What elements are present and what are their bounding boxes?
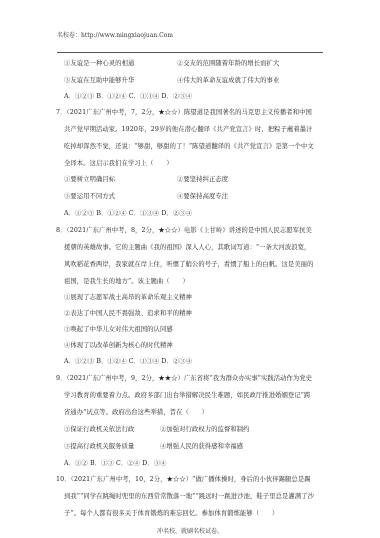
q8-option-2: ②表达了中国人民不畏强敌、追求和平的精神 xyxy=(64,310,192,318)
q9-option-3: ③提高行政机关服务质量 xyxy=(64,443,134,451)
page-footer-slogan: 冲名校，就刷名校试卷。 xyxy=(0,526,380,535)
q9-stem-line-2: 学习教育的重要着力点。政府多部门出台举措解决民生难题，如民政厅推进婚姻登记“跨 xyxy=(64,392,310,400)
q10-stem-line-3: 子”。每个人都有很多关于体育锻炼的难忘回忆。参加体育锻炼能够（ ） xyxy=(64,510,278,518)
q9-stem-line-1: 9．（2021广东广州中考，9，2分，★★☆）广东省将“我为群众办实事”实践活动… xyxy=(56,375,312,383)
q7-option-3: ③要运用不同方式 xyxy=(64,193,115,201)
q8-stem-line-1: 8．（2021广东广州中考，8，2分，★☆☆）电影《上甘岭》讲述的是中国人民志愿… xyxy=(56,227,312,235)
q8-stem-line-4: 祖国，是我生长的地方”。该主题曲（ ） xyxy=(64,278,189,286)
q6-choices: A．①②③ B．①②④ C．①③④ D．②③④ xyxy=(64,93,192,101)
q8-option-1: ①展现了志愿军战士高昂的革命乐观主义精神 xyxy=(64,294,192,302)
q8-option-3: ③唤起了中华儿女对伟大祖国的认同感 xyxy=(64,326,173,334)
q7-stem-line-2: 共产党早期活动家。1920年，29岁的他在潜心翻译《共产党宣言》时，把粽子蘸着墨… xyxy=(64,126,313,134)
q8-choices: A．①②③ B．①②④ C．①③④ D．②③④ xyxy=(64,358,192,366)
q7-stem-line-1: 7．（2021广东广州中考，7，2分，★☆☆）陈望道是我国著名的马克思主义传播者… xyxy=(56,109,312,117)
q9-option-1: ①保证行政机关依法行政 xyxy=(64,426,134,434)
q9-option-2: ②加强对行政权力的监督和制约 xyxy=(160,426,250,434)
q7-stem-line-3: 吃掉却浑然不觉，还说：“够甜，够甜的了！”陈望道翻译的《共产党宣言》是第一个中文 xyxy=(64,143,314,151)
document-page: 名校卷：http://www.mingxiaojuan.Com ①友谊是一种心灵… xyxy=(0,0,380,538)
q7-stem-line-4: 全译本。这启示我们在学习上（ ） xyxy=(64,160,173,168)
q8-stem-line-3: 风吹稻花香两岸，我家就在岸上住，听惯了艄公的号子，看惯了船上的白帆。这是美丽的 xyxy=(64,261,313,269)
q7-option-2: ②要坚持纠正态度 xyxy=(177,176,228,184)
q9-stem-line-3: 省通办”试点等。政府出台这些举措，旨在（ ） xyxy=(64,409,208,417)
q6-option-3: ③友谊在互助中能够升华 xyxy=(64,77,134,85)
q9-choices: A．①② B．①③ C．②④ D．③④ xyxy=(64,460,167,468)
q7-choices: A．①②③ B．①②④ C．①③④ D．②③④ xyxy=(64,210,192,218)
q9-option-4: ④增强人民的获得感和幸福感 xyxy=(160,443,243,451)
q6-option-2: ②交友的范围随着年龄的增长而扩大 xyxy=(177,60,279,68)
q7-option-4: ④要保持高度专注 xyxy=(177,193,228,201)
q6-option-4: ④伟大的革命友谊成就了伟大的事业 xyxy=(177,77,279,85)
q10-stem-line-1: 10．（2021广东广州中考，10，2分，★☆☆）“做广播体操时，身后的小伙伴踢… xyxy=(56,476,311,484)
q8-option-4: ④体现了以改革创新为核心的时代精神 xyxy=(64,342,173,350)
header-divider xyxy=(57,52,323,53)
q8-stem-line-2: 援朝的英雄故事。它的主题曲《我的祖国》深入人心，其歌词写道：“一条大河波浪宽， xyxy=(64,244,310,252)
q6-option-1: ①友谊是一种心灵的相通 xyxy=(64,60,134,68)
page-header-site: 名校卷：http://www.mingxiaojuan.Com xyxy=(57,30,173,39)
q10-stem-line-2: 到我”“同学在跳绳时兜里的东西常常散落一地”“跳远时一跳进沙池，鞋子里总是灌满了… xyxy=(64,493,314,501)
q7-option-1: ①要树立明确目标 xyxy=(64,176,115,184)
